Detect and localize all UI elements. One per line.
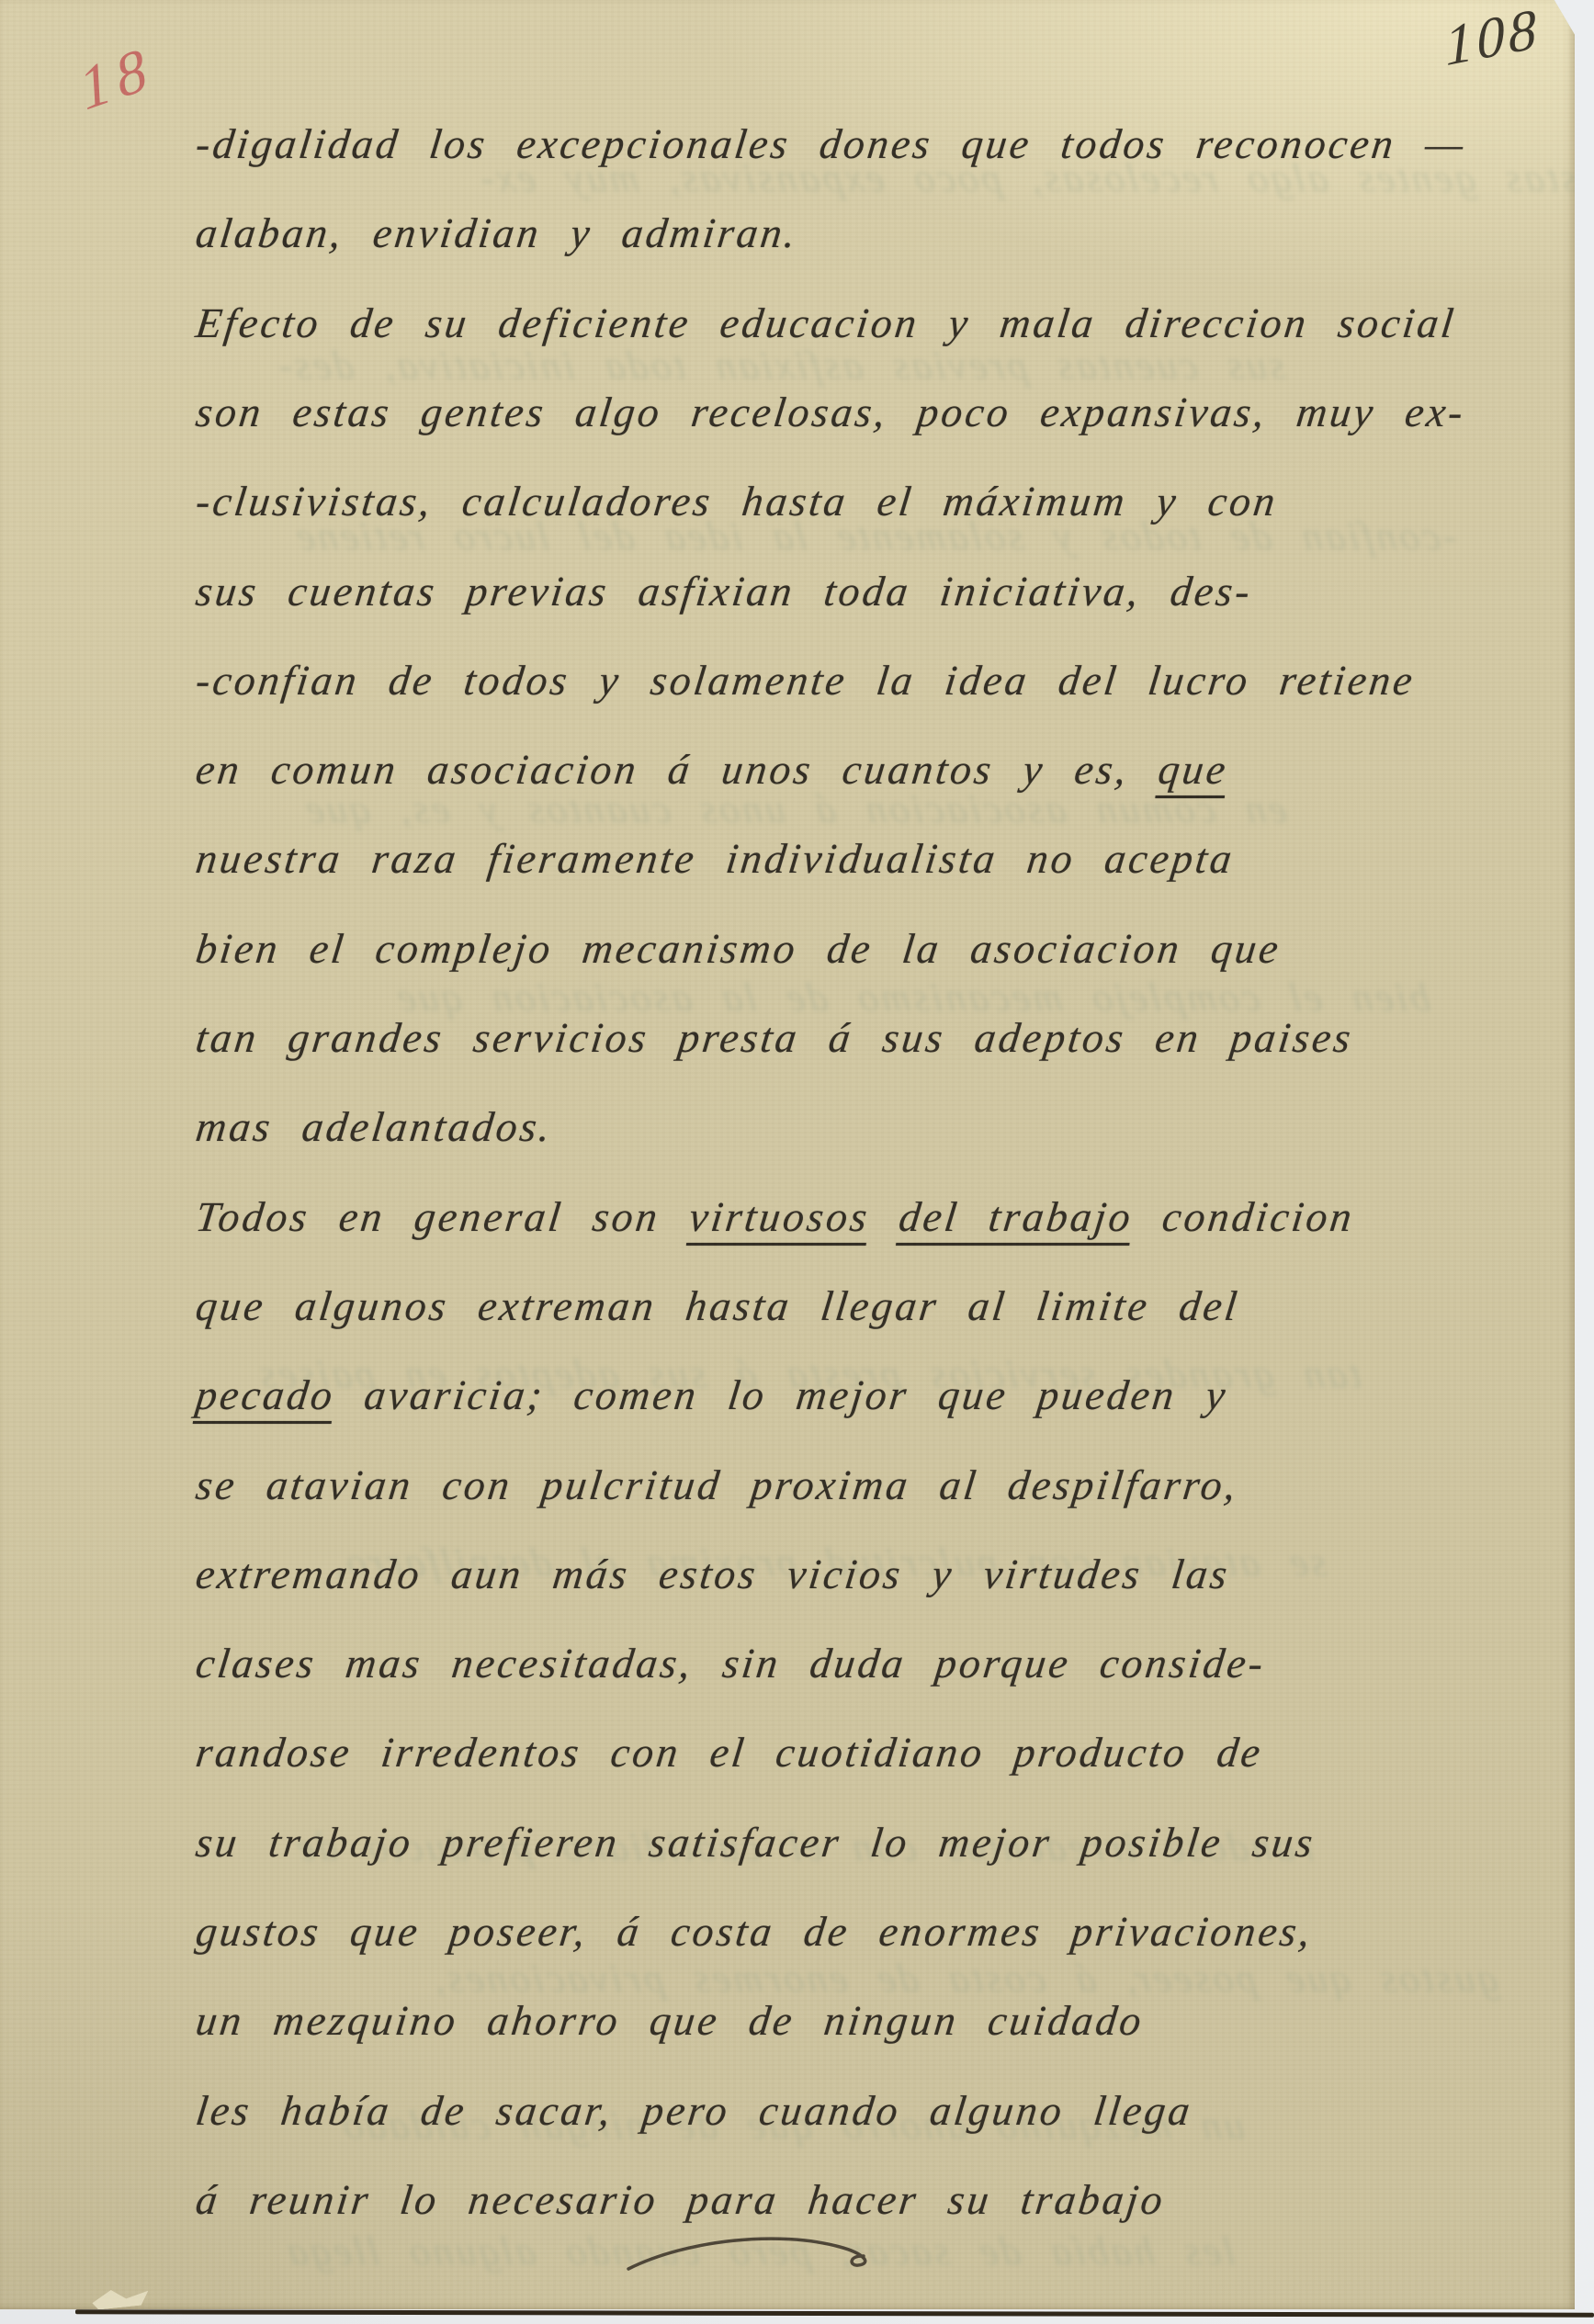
manuscript-line: mas adelantados.: [191, 1086, 558, 1168]
manuscript-line: nuestra raza fieramente individualista n…: [191, 818, 1239, 900]
line-text: -digalidad los excepcionales dones que t…: [193, 120, 1468, 167]
line-text: randose irredentos con el cuotidiano pro…: [193, 1729, 1265, 1776]
manuscript-line: gustos que poseer, á costa de enormes pr…: [191, 1890, 1317, 1973]
line-text: se atavian con pulcritud proxima al desp…: [193, 1461, 1240, 1508]
line-text: tan grandes servicios presta á sus adept…: [193, 1014, 1355, 1061]
manuscript-line: un mezquino ahorro que de ningun cuidado: [191, 1980, 1148, 2062]
line-text: que algunos extreman hasta llegar al lim…: [193, 1282, 1242, 1329]
manuscript-line: son estas gentes algo recelosas, poco ex…: [191, 371, 1470, 454]
manuscript-line: su trabajo prefieren satisfacer lo mejor…: [191, 1801, 1320, 1884]
underlined-word: que: [1156, 746, 1231, 793]
line-text: avaricia; comen lo mejor que pueden y: [332, 1371, 1230, 1418]
manuscript-line: que algunos extreman hasta llegar al lim…: [191, 1265, 1244, 1348]
manuscript-line: Efecto de su deficiente educacion y mala…: [191, 282, 1461, 365]
line-text: extremando aun más estos vicios y virtud…: [193, 1551, 1232, 1597]
line-text: en comun asociacion á unos cuantos y es,: [193, 746, 1161, 793]
lines-layer: -digalidad los excepcionales dones que t…: [0, 0, 1575, 2309]
manuscript-line: -clusivistas, calculadores hasta el máxi…: [191, 460, 1283, 543]
paper: son estas gentes algo recelosas, poco ex…: [0, 0, 1575, 2309]
manuscript-line: extremando aun más estos vicios y virtud…: [191, 1533, 1235, 1616]
line-text: les había de sacar, pero cuando alguno l…: [193, 2087, 1194, 2134]
page-bottom-edge: [75, 2309, 1594, 2317]
manuscript-line: tan grandes servicios presta á sus adept…: [191, 997, 1358, 1079]
manuscript-line: alaban, envidian y admiran.: [191, 192, 803, 275]
line-text: clases mas necesitadas, sin duda porque …: [193, 1640, 1268, 1687]
flourish-mark: [623, 2227, 917, 2282]
underlined-word: virtuosos: [687, 1193, 873, 1240]
manuscript-line: -digalidad los excepcionales dones que t…: [191, 103, 1471, 186]
line-text: un mezquino ahorro que de ningun cuidado: [193, 1997, 1146, 2044]
underlined-word: pecado: [193, 1371, 337, 1418]
manuscript-line: en comun asociacion á unos cuantos y es,…: [191, 728, 1233, 811]
manuscript-line: sus cuentas previas asfixian toda inicia…: [191, 550, 1257, 633]
manuscript-line: bien el complejo mecanismo de la asociac…: [191, 908, 1285, 990]
line-text: gustos que poseer, á costa de enormes pr…: [193, 1908, 1315, 1955]
line-text: á reunir lo necesario para hacer su trab…: [193, 2176, 1168, 2223]
underlined-word: del trabajo: [897, 1193, 1136, 1240]
manuscript-line: les había de sacar, pero cuando alguno l…: [191, 2070, 1197, 2152]
line-text: Todos en general son: [193, 1193, 692, 1240]
manuscript-line: se atavian con pulcritud proxima al desp…: [191, 1444, 1243, 1527]
line-text: bien el complejo mecanismo de la asociac…: [193, 925, 1283, 972]
line-text: Efecto de su deficiente educacion y mala…: [193, 299, 1458, 346]
line-text: -confian de todos y solamente la idea de…: [193, 657, 1418, 704]
line-text: condicion: [1130, 1193, 1357, 1240]
scan-background: { "page": { "folio_red": "18", "page_num…: [0, 0, 1594, 2324]
line-text: -clusivistas, calculadores hasta el máxi…: [193, 478, 1280, 525]
line-text: alaban, envidian y admiran.: [193, 209, 800, 256]
line-text: sus cuentas previas asfixian toda inicia…: [193, 568, 1255, 615]
line-text: son estas gentes algo recelosas, poco ex…: [193, 389, 1468, 435]
manuscript-line: randose irredentos con el cuotidiano pro…: [191, 1711, 1268, 1794]
manuscript-line: -confian de todos y solamente la idea de…: [191, 639, 1419, 722]
manuscript-line: clases mas necesitadas, sin duda porque …: [191, 1622, 1271, 1705]
manuscript-line: pecado avaricia; comen lo mejor que pued…: [191, 1354, 1233, 1437]
line-text: mas adelantados.: [193, 1103, 555, 1150]
manuscript-line: Todos en general son virtuosos del traba…: [191, 1176, 1359, 1258]
line-text: nuestra raza fieramente individualista n…: [193, 835, 1237, 882]
line-text: su trabajo prefieren satisfacer lo mejor…: [193, 1819, 1317, 1866]
